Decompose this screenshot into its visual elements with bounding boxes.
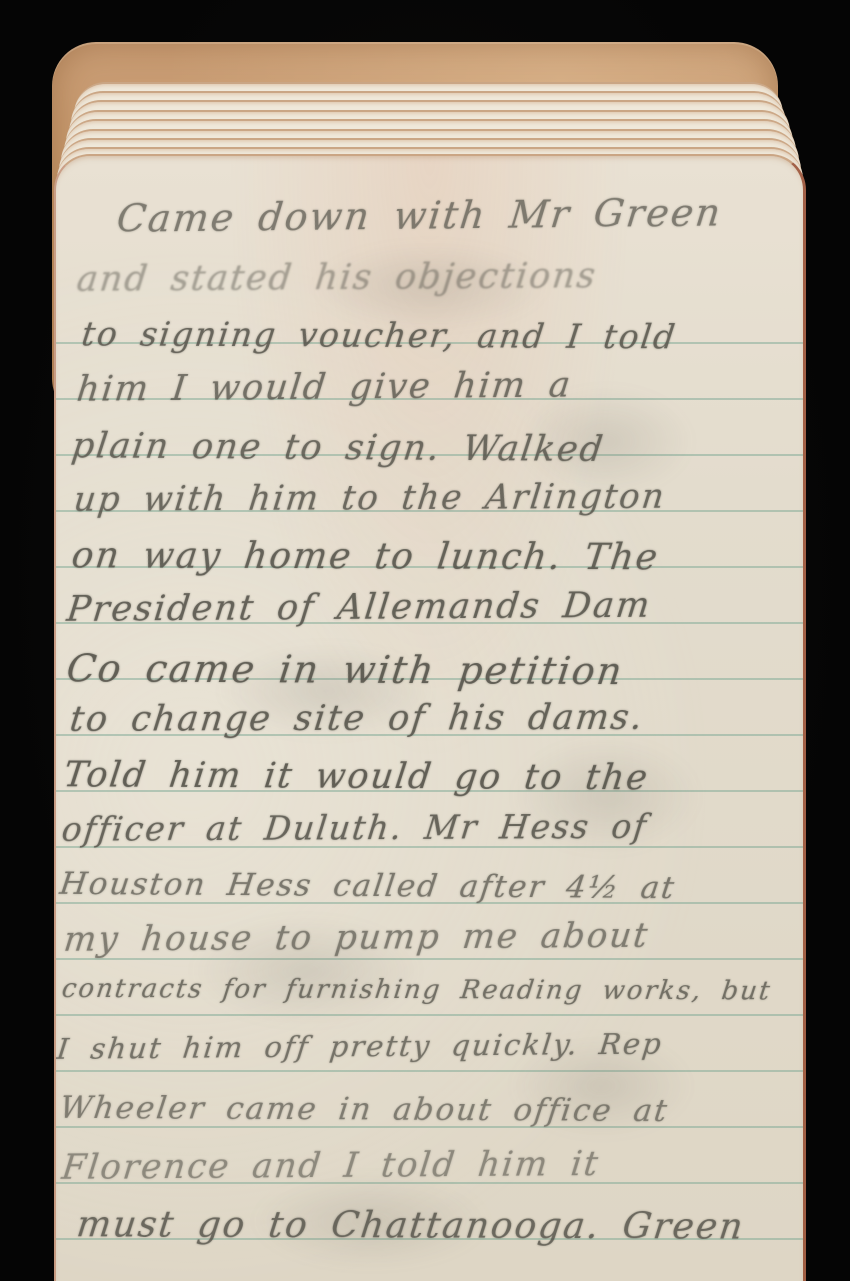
handwritten-text: Came down with Mr Green and stated his o… bbox=[56, 156, 803, 1281]
handwriting-line: up with him to the Arlington bbox=[72, 477, 668, 520]
handwriting-line: President of Allemands Dam bbox=[65, 586, 654, 630]
handwriting-line: contracts for furnishing Reading works, … bbox=[60, 974, 773, 1006]
handwriting-line: officer at Duluth. Mr Hess of bbox=[60, 807, 650, 849]
handwriting-line: Wheeler came in about office at bbox=[58, 1090, 671, 1129]
handwriting-line: Co came in with petition bbox=[64, 646, 626, 693]
handwriting-line: my house to pump me about bbox=[62, 916, 652, 960]
handwriting-line: Florence and I told him it bbox=[60, 1144, 602, 1188]
handwriting-line: Came down with Mr Green bbox=[115, 191, 725, 241]
handwriting-line: I shut him off pretty quickly. Rep bbox=[55, 1027, 665, 1066]
handwriting-line: Houston Hess called after 4½ at bbox=[58, 866, 678, 906]
handwriting-line: him I would give him a bbox=[75, 366, 575, 410]
notebook-page: Came down with Mr Green and stated his o… bbox=[54, 154, 806, 1281]
handwriting-line: Told him it would go to the bbox=[61, 755, 651, 798]
handwriting-line: to change site of his dams. bbox=[68, 698, 647, 740]
handwriting-line: must go to Chattanooga. Green bbox=[74, 1204, 747, 1247]
photo-of-notebook: Came down with Mr Green and stated his o… bbox=[0, 0, 850, 1281]
handwriting-line: plain one to sign. Walked bbox=[69, 426, 606, 470]
handwriting-line: to signing voucher, and I told bbox=[80, 314, 680, 356]
handwriting-line: on way home to lunch. The bbox=[69, 535, 661, 578]
handwriting-line: and stated his objections bbox=[75, 256, 600, 300]
